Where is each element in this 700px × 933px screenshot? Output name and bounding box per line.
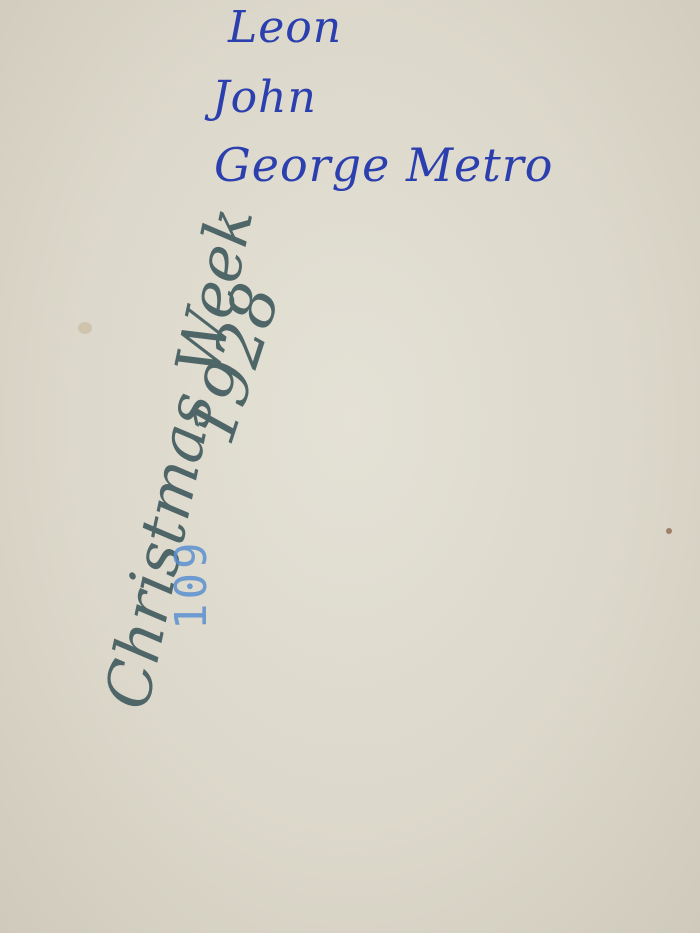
stain [78,322,92,334]
stain [666,528,672,534]
handwritten-name-2: John [212,72,317,123]
stamp-number: 109 [166,539,217,630]
photo-back: Leon John George Metro Christmas Week 19… [0,0,700,933]
handwritten-name-1: Leon [228,2,342,53]
handwritten-name-3: George Metro [214,138,553,192]
caption-christmas-week: Christmas Week [90,201,268,716]
